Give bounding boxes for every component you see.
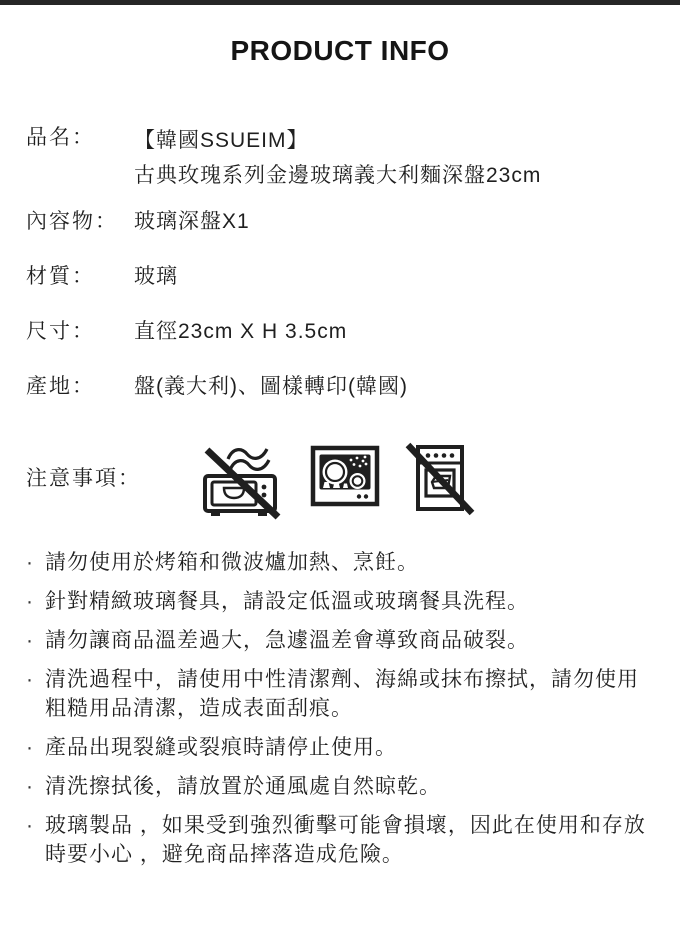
spec-label-name: 品名：: [26, 123, 134, 193]
care-bullet: · 清洗過程中，請使用中性清潔劑、海綿或抹布擦拭，請勿使用粗糙用品清潔，造成表面…: [26, 665, 654, 723]
care-bullet: · 清洗擦拭後，請放置於通風處自然晾乾。: [26, 772, 654, 801]
bullet-text: 清洗擦拭後，請放置於通風處自然晾乾。: [45, 772, 654, 801]
care-instructions: · 請勿使用於烤箱和微波爐加熱、烹飪。 · 針對精緻玻璃餐具，請設定低溫或玻璃餐…: [26, 548, 654, 869]
no-oven-icon: [404, 433, 476, 521]
product-brand: 【韓國SSUEIM】: [134, 123, 654, 158]
bullet-dot: ·: [26, 665, 45, 723]
spec-label-material: 材質：: [26, 262, 134, 292]
care-bullet: · 玻璃製品 ，如果受到強烈衝擊可能會損壞，因此在使用和存放時要小心 ，避免商品…: [26, 811, 654, 869]
bullet-dot: ·: [26, 587, 45, 616]
spec-value-contents: 玻璃深盤X1: [134, 207, 654, 237]
spec-label-size: 尺寸：: [26, 317, 134, 347]
spec-row-size: 尺寸： 直徑23cm X H 3.5cm: [26, 317, 654, 347]
notice-section: 注意事項：: [26, 432, 654, 522]
spec-value-name: 【韓國SSUEIM】 古典玫瑰系列金邊玻璃義大利麵深盤23cm: [134, 123, 654, 193]
spec-row-origin: 產地： 盤(義大利)、圖樣轉印(韓國): [26, 372, 654, 402]
care-bullet: · 請勿讓商品溫差過大，急遽溫差會導致商品破裂。: [26, 626, 654, 655]
bullet-text: 請勿使用於烤箱和微波爐加熱、烹飪。: [45, 548, 654, 577]
care-bullet: · 產品出現裂縫或裂痕時請停止使用。: [26, 733, 654, 762]
spec-label-origin: 產地：: [26, 372, 134, 402]
bullet-text: 清洗過程中，請使用中性清潔劑、海綿或抹布擦拭，請勿使用粗糙用品清潔，造成表面刮痕…: [45, 665, 654, 723]
care-icons: [198, 432, 476, 522]
notice-label: 注意事項：: [26, 462, 198, 492]
product-name: 古典玫瑰系列金邊玻璃義大利麵深盤23cm: [134, 158, 654, 193]
bullet-dot: ·: [26, 733, 45, 762]
spec-value-size: 直徑23cm X H 3.5cm: [134, 317, 654, 347]
spec-row-name: 品名： 【韓國SSUEIM】 古典玫瑰系列金邊玻璃義大利麵深盤23cm: [26, 123, 654, 193]
bullet-dot: ·: [26, 811, 45, 869]
top-border: [0, 0, 680, 5]
bullet-text: 針對精緻玻璃餐具，請設定低溫或玻璃餐具洗程。: [45, 587, 654, 616]
spec-row-material: 材質： 玻璃: [26, 262, 654, 292]
care-bullet: · 針對精緻玻璃餐具，請設定低溫或玻璃餐具洗程。: [26, 587, 654, 616]
bullet-dot: ·: [26, 548, 45, 577]
care-bullet: · 請勿使用於烤箱和微波爐加熱、烹飪。: [26, 548, 654, 577]
spec-value-material: 玻璃: [134, 262, 654, 292]
page-title: PRODUCT INFO: [26, 35, 654, 67]
bullet-text: 產品出現裂縫或裂痕時請停止使用。: [45, 733, 654, 762]
bullet-dot: ·: [26, 626, 45, 655]
bullet-text: 請勿讓商品溫差過大，急遽溫差會導致商品破裂。: [45, 626, 654, 655]
no-microwave-icon: [198, 432, 286, 522]
spec-value-origin: 盤(義大利)、圖樣轉印(韓國): [134, 372, 654, 402]
bullet-dot: ·: [26, 772, 45, 801]
spec-label-contents: 內容物：: [26, 207, 134, 237]
product-info-sheet: PRODUCT INFO 品名： 【韓國SSUEIM】 古典玫瑰系列金邊玻璃義大…: [0, 35, 680, 869]
dishwasher-icon: [308, 440, 382, 514]
bullet-text: 玻璃製品 ，如果受到強烈衝擊可能會損壞，因此在使用和存放時要小心 ，避免商品摔落…: [45, 811, 654, 869]
spec-row-contents: 內容物： 玻璃深盤X1: [26, 207, 654, 237]
